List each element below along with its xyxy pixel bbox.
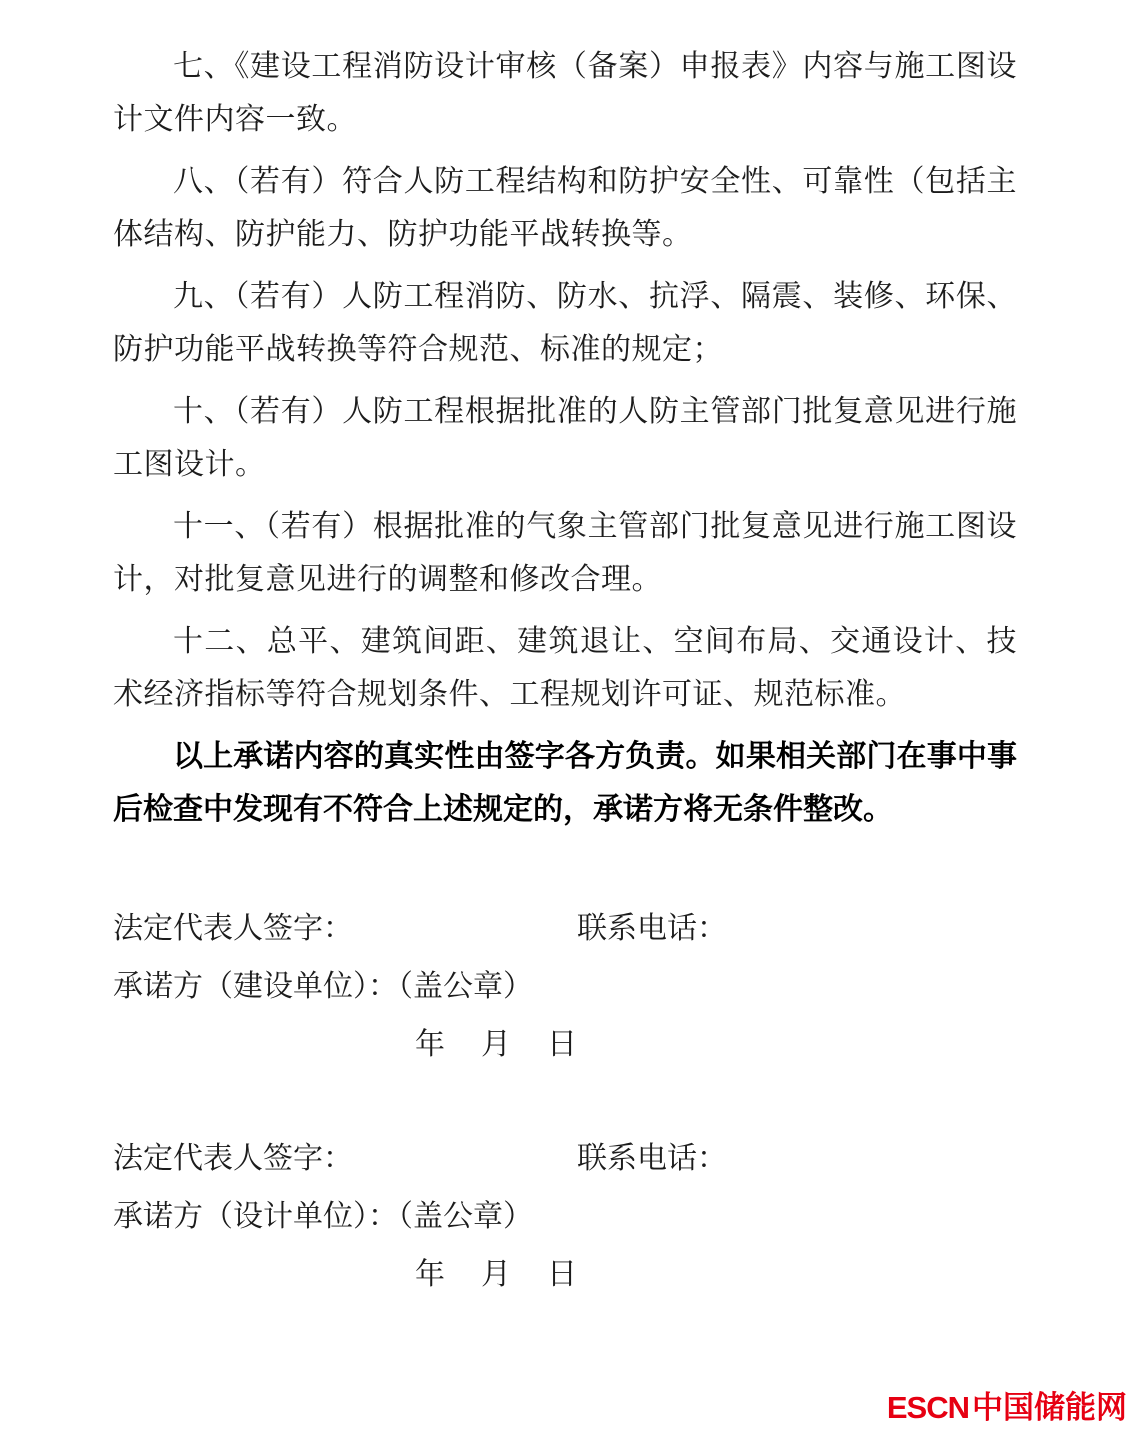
date-month-label: 月: [481, 1246, 511, 1304]
clause-10: 十、（若有）人防工程根据批准的人防主管部门批复意见进行施工图设计。: [113, 385, 1017, 491]
signature-block-construction-unit: 法定代表人签字：联系电话： 承诺方（建设单位）：（盖公章） 年 月 日: [113, 900, 1017, 1074]
site-name: 中国储能网: [972, 1390, 1127, 1425]
clause-9: 九、（若有）人防工程消防、防水、抗浮、隔震、装修、环保、防护功能平战转换等符合规…: [113, 270, 1017, 376]
party-line: 承诺方（设计单位）：（盖公章）: [113, 1188, 1017, 1246]
party-line: 承诺方（建设单位）：（盖公章）: [113, 958, 1017, 1016]
date-day-label: 日: [547, 1016, 577, 1074]
escn-logo-text: ESCN: [887, 1390, 969, 1425]
phone-label: 联系电话：: [577, 912, 727, 945]
document-page: 七、《建设工程消防设计审核（备案）申报表》内容与施工图设计文件内容一致。 八、（…: [113, 40, 1017, 1304]
legal-rep-signature-label: 法定代表人签字：: [113, 900, 577, 958]
legal-rep-signature-label: 法定代表人签字：: [113, 1130, 577, 1188]
clause-12: 十二、总平、建筑间距、建筑退让、空间布局、交通设计、技术经济指标等符合规划条件、…: [113, 615, 1017, 721]
phone-label: 联系电话：: [577, 1142, 727, 1175]
clause-8: 八、（若有）符合人防工程结构和防护安全性、可靠性（包括主体结构、防护能力、防护功…: [113, 155, 1017, 261]
date-month-label: 月: [481, 1016, 511, 1074]
date-line: 年 月 日: [113, 1246, 1017, 1304]
clause-7: 七、《建设工程消防设计审核（备案）申报表》内容与施工图设计文件内容一致。: [113, 40, 1017, 146]
commitment-statement: 以上承诺内容的真实性由签字各方负责。如果相关部门在事中事后检查中发现有不符合上述…: [113, 730, 1017, 836]
signature-row: 法定代表人签字：联系电话：: [113, 900, 1017, 958]
date-year-label: 年: [415, 1246, 445, 1304]
date-line: 年 月 日: [113, 1016, 1017, 1074]
signature-row: 法定代表人签字：联系电话：: [113, 1130, 1017, 1188]
signature-block-design-unit: 法定代表人签字：联系电话： 承诺方（设计单位）：（盖公章） 年 月 日: [113, 1130, 1017, 1304]
date-year-label: 年: [415, 1016, 445, 1074]
date-day-label: 日: [547, 1246, 577, 1304]
signature-section: 法定代表人签字：联系电话： 承诺方（建设单位）：（盖公章） 年 月 日 法定代表…: [113, 900, 1017, 1304]
clause-11: 十一、（若有）根据批准的气象主管部门批复意见进行施工图设计，对批复意见进行的调整…: [113, 500, 1017, 606]
watermark: ESCN中国储能网: [887, 1391, 1127, 1425]
